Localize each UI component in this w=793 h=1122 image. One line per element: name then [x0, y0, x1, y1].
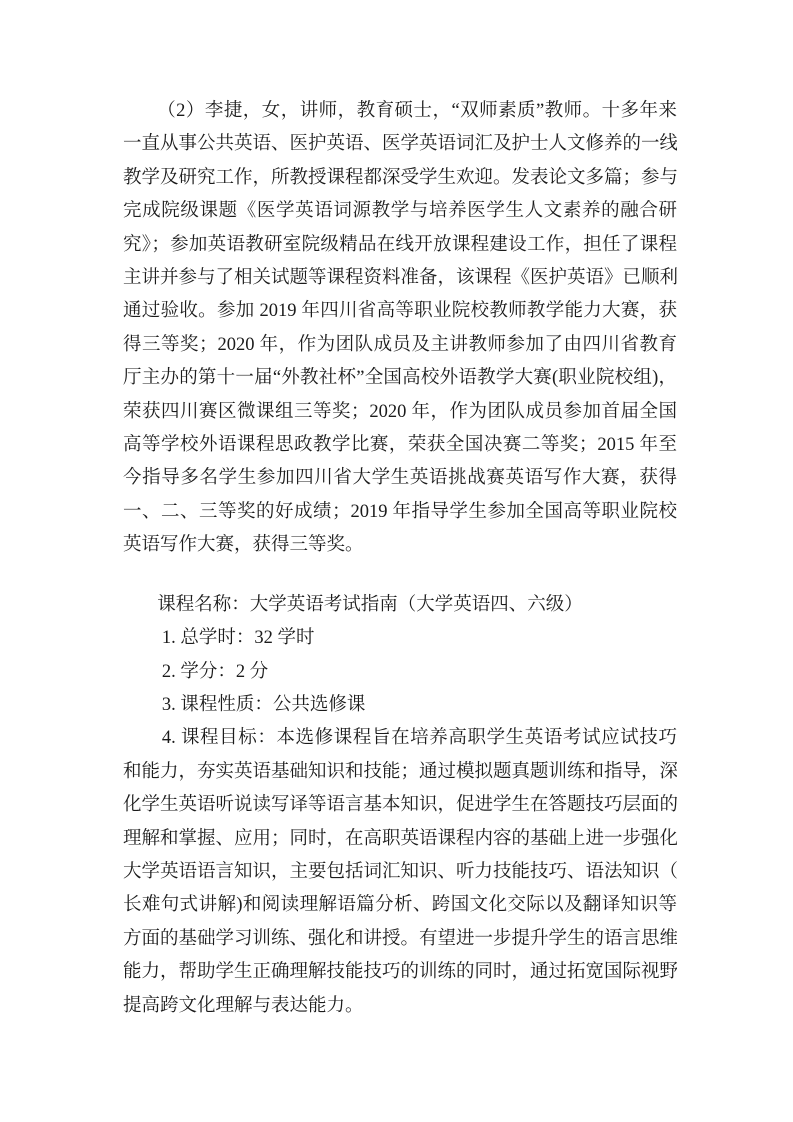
objective-line: 方面的基础学习训练、强化和讲授。有望进一步提升学生的语言思维: [123, 923, 677, 956]
objective-line: 理解和掌握、应用；同时，在高职英语课程内容的基础上进一步强化: [123, 823, 677, 856]
objective-line: 长难句式讲解)和阅读理解语篇分析、跨国文化交际以及翻译知识等: [123, 889, 677, 922]
bio-line: 教学及研究工作，所教授课程都深受学生欢迎。发表论文多篇；参与: [123, 162, 677, 195]
bio-line: 厅主办的第十一届“外教社杯”全国高校外语教学大赛(职业院校组)，: [123, 362, 677, 395]
objective-line: 大学英语语言知识，主要包括词汇知识、听力技能技巧、语法知识（含: [123, 856, 677, 889]
course-title-line: 课程名称：大学英语考试指南（大学英语四、六级）: [123, 589, 677, 622]
course-item-hours: 1. 总学时：32 学时: [123, 622, 677, 655]
bio-line: 主讲并参与了相关试题等课程资料准备，该课程《医护英语》已顺利: [123, 262, 677, 295]
objective-line: 提高跨文化理解与表达能力。: [123, 990, 677, 1023]
bio-line: 一、二、三等奖的好成绩；2019 年指导学生参加全国高等职业院校: [123, 496, 677, 529]
objective-line: 4. 课程目标：本选修课程旨在培养高职学生英语考试应试技巧: [123, 722, 677, 755]
bio-line: 一直从事公共英语、医护英语、医学英语词汇及护士人文修养的一线: [123, 128, 677, 161]
objective-line: 能力，帮助学生正确理解技能技巧的训练的同时，通过拓宽国际视野，: [123, 956, 677, 989]
document-text-block: （2）李捷，女，讲师，教育硕士，“双师素质”教师。十多年来 一直从事公共英语、医…: [123, 95, 677, 1023]
bio-line: 通过验收。参加 2019 年四川省高等职业院校教师教学能力大赛，获: [123, 295, 677, 328]
course-item-type: 3. 课程性质：公共选修课: [123, 689, 677, 722]
course-item-credits: 2. 学分：2 分: [123, 656, 677, 689]
bio-line: 高等学校外语课程思政教学比赛，荣获全国决赛二等奖；2015 年至: [123, 429, 677, 462]
bio-line: 得三等奖；2020 年，作为团队成员及主讲教师参加了由四川省教育: [123, 329, 677, 362]
objective-line: 化学生英语听说读写译等语言基本知识，促进学生在答题技巧层面的: [123, 789, 677, 822]
bio-line: 今指导多名学生参加四川省大学生英语挑战赛英语写作大赛，获得: [123, 462, 677, 495]
bio-line: 英语写作大赛，获得三等奖。: [123, 529, 677, 562]
bio-line: （2）李捷，女，讲师，教育硕士，“双师素质”教师。十多年来: [123, 95, 677, 128]
objective-line: 和能力，夯实英语基础知识和技能；通过模拟题真题训练和指导，深: [123, 756, 677, 789]
bio-line: 究》；参加英语教研室院级精品在线开放课程建设工作，担任了课程: [123, 229, 677, 262]
bio-line: 荣获四川赛区微课组三等奖；2020 年，作为团队成员参加首届全国: [123, 396, 677, 429]
document-page: （2）李捷，女，讲师，教育硕士，“双师素质”教师。十多年来 一直从事公共英语、医…: [0, 0, 793, 1122]
bio-line: 完成院级课题《医学英语词源教学与培养医学生人文素养的融合研: [123, 195, 677, 228]
paragraph-spacer: [123, 563, 677, 589]
